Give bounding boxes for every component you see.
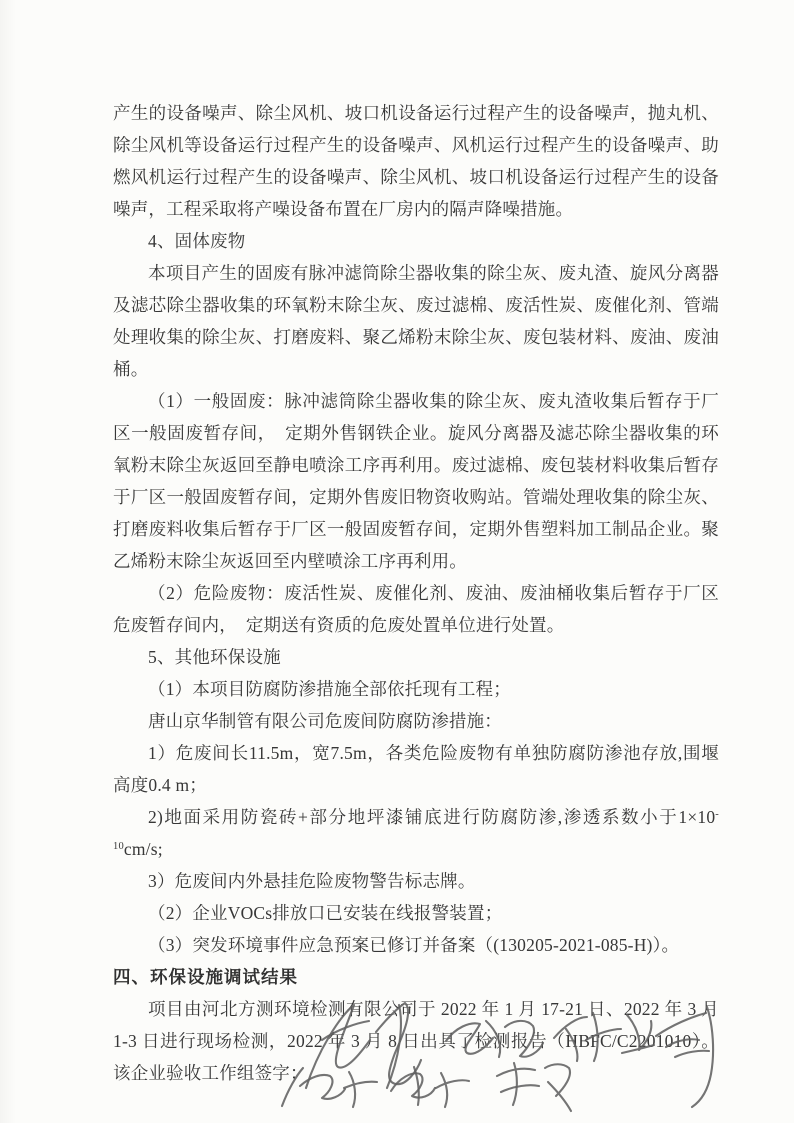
paragraph-warning-signs: 3）危废间内外悬挂危险废物警告标志牌。 [113, 865, 719, 897]
floor-seepage-unit: cm/s; [124, 839, 163, 859]
paragraph-hazwaste-room-size: 1）危废间长11.5m，宽7.5m，各类危险废物有单独防腐防渗池存放,围堰高度0… [113, 737, 719, 801]
paragraph-solid-waste-overview: 本项目产生的固废有脉冲滤筒除尘器收集的除尘灰、废丸渣、旋风分离器及滤芯除尘器收集… [113, 257, 719, 385]
document-body: 产生的设备噪声、除尘风机、坡口机设备运行过程产生的设备噪声，抛丸机、除尘风机等设… [113, 97, 719, 1089]
paragraph-hazardous-waste: （2）危险废物：废活性炭、废催化剂、废油、废油桶收集后暂存于厂区危废暂存间内， … [113, 577, 719, 641]
paragraph-general-solid-waste: （1）一般固废：脉冲滤筒除尘器收集的除尘灰、废丸渣收集后暂存于厂区一般固废暂存间… [113, 385, 719, 577]
paragraph-emergency-plan: （3）突发环境事件应急预案已修订并备案（(130205-2021-085-H)）… [113, 929, 719, 961]
paragraph-floor-seepage: 2)地面采用防瓷砖+部分地坪漆铺底进行防腐防渗,渗透系数小于1×10-10cm/… [113, 801, 719, 865]
paragraph-testing-report: 项目由河北方测环境检测有限公司于 2022 年 1 月 17-21 日、2022… [113, 993, 719, 1089]
paragraph-vocs-alarm: （2）企业VOCs排放口已安装在线报警装置； [113, 897, 719, 929]
paragraph-anticorrosion-reliance: （1）本项目防腐防渗措施全部依托现有工程； [113, 673, 719, 705]
document-page: 产生的设备噪声、除尘风机、坡口机设备运行过程产生的设备噪声，抛丸机、除尘风机等设… [0, 0, 794, 1123]
section-5-title: 5、其他环保设施 [113, 641, 719, 673]
section-heading-facility-debug-results: 四、环保设施调试结果 [113, 961, 719, 993]
section-4-title: 4、固体废物 [113, 225, 719, 257]
paragraph-company-measures-intro: 唐山京华制管有限公司危废间防腐防渗措施： [113, 705, 719, 737]
floor-seepage-text: 2)地面采用防瓷砖+部分地坪漆铺底进行防腐防渗,渗透系数小于1×10 [148, 807, 715, 827]
paragraph-equipment-noise: 产生的设备噪声、除尘风机、坡口机设备运行过程产生的设备噪声，抛丸机、除尘风机等设… [113, 97, 719, 225]
